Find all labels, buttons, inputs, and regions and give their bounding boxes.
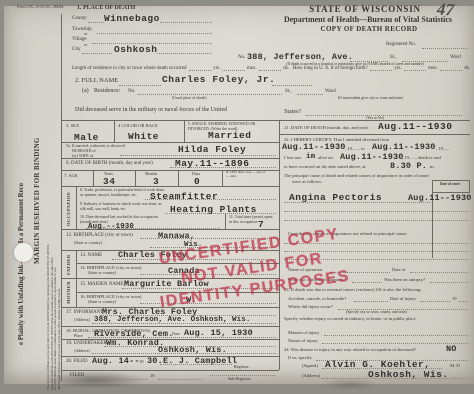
margin-permanent-text: e Plainly with Unfading Ink—This Is a Pe… — [18, 183, 26, 345]
abode-a-label: (a) — [82, 88, 89, 95]
yrs-label: yrs. — [213, 66, 220, 72]
cause-of-death-value: Angina Pectoris — [289, 192, 382, 203]
filed-label: 20. FILED — [66, 359, 88, 365]
undertaker-address-value: Oshkosh, Wis. — [158, 345, 227, 355]
divider — [114, 120, 115, 142]
industry-value: Heating Plants — [170, 204, 257, 215]
mos-label: mos. — [428, 66, 438, 72]
margin-binding-text: MARGIN RESERVED FOR BINDING — [33, 137, 41, 264]
marital-value: Married — [208, 130, 251, 141]
mother-birthplace-sub: (State or country) — [88, 300, 116, 305]
county-value: Winnebago — [104, 13, 160, 24]
sex-label: 3. SEX — [66, 123, 79, 128]
certify-mid-label: , 19......, to — [345, 146, 365, 151]
mother-maiden-label: 15. MAIDEN NAME — [80, 282, 123, 288]
address-value: 388, Jefferson, Ave. — [247, 52, 353, 62]
last-saw-mid-label: alive on — [318, 155, 333, 160]
divider — [82, 53, 112, 54]
md-label: M. D. — [450, 363, 461, 368]
occurred-label: to have occurred on the date stated abov… — [284, 164, 366, 169]
undertaker-value: Wm. Konrad. — [106, 338, 164, 348]
date-of-birth-label: 6. DATE OF BIRTH (month, day and year) — [66, 161, 153, 167]
abode-note: (Usual place of abode) — [172, 96, 206, 100]
yrs-label: yrs. — [394, 66, 401, 72]
certify-to-value: Aug.11--1930 — [372, 142, 436, 152]
manner-of-injury-label: Manner of injury — [288, 330, 319, 335]
sex-value: Male — [74, 132, 99, 143]
father-birthplace-sub: (State or country) — [88, 271, 116, 276]
divider — [222, 70, 245, 71]
trade-value: Steamfitter — [150, 191, 218, 202]
place-of-death-title: 1. PLACE OF DEATH — [77, 5, 135, 12]
divider — [135, 170, 136, 186]
divider — [86, 379, 148, 380]
total-time-value: 7 — [258, 219, 264, 230]
age-if-less-label: IF LESS than 1 day, ......hrs. or ......… — [226, 171, 274, 178]
divider — [93, 170, 94, 186]
divider — [61, 370, 279, 371]
informant-address-value: 388, Jefferson, Ave. Oshkosh, Wis. — [94, 316, 250, 324]
registered-no-label: Registered No. — [386, 42, 416, 48]
age-years-value: 34 — [103, 176, 115, 187]
filed2-label: FILED — [70, 373, 84, 379]
handwritten-page-number: 47 — [436, 0, 454, 21]
city-label: City — [72, 47, 81, 53]
occupation-side-label: OCCUPATION — [66, 192, 71, 226]
divider — [440, 70, 463, 71]
date-of-death-value: Aug.11--1930 — [378, 121, 452, 132]
divider — [157, 53, 212, 54]
divider — [459, 301, 468, 302]
address-ward-label: Ward — [450, 55, 461, 61]
divider — [61, 339, 279, 340]
filed-date-value: Aug. 14-- — [92, 356, 140, 366]
divider — [430, 282, 468, 283]
related-to-occupation-label: 24. Was disease or injury in any way rel… — [284, 347, 416, 352]
divider — [284, 220, 468, 221]
if-so-specify-label: If so, specify — [288, 355, 312, 360]
punch-hole — [14, 243, 33, 262]
injury-year-label: 19 — [452, 296, 457, 301]
injury-date-label: Date of injury — [390, 296, 416, 301]
nature-of-injury-label: Nature of injury — [288, 338, 318, 343]
divider — [76, 278, 77, 307]
or-label: or — [84, 32, 87, 37]
informant-label: 17. INFORMANT — [66, 310, 103, 316]
date-of-birth-value: May.11--1896 — [175, 158, 249, 169]
full-name-label: 2. FULL NAME — [75, 77, 118, 84]
divider — [97, 33, 212, 34]
mother-side-label: MOTHER — [66, 281, 71, 304]
time-of-death-value: 8.30 P. — [390, 161, 427, 171]
m-label: m. — [430, 164, 435, 169]
date-of-death-label: 21. DATE OF DEATH (month, day, and year) — [284, 125, 368, 130]
principal-cause-label2: were as follows: — [292, 179, 322, 184]
divider — [189, 70, 212, 71]
abode-no-label: No. — [128, 89, 135, 95]
last-saw-him-value: im — [306, 153, 315, 161]
color-race-label: 4 COLOR OR RACE — [118, 123, 158, 128]
cause-onset-date-value: Aug.11--1930 — [408, 193, 472, 203]
divider — [88, 22, 104, 23]
ds-label: ds. — [464, 66, 470, 72]
divider — [76, 250, 77, 278]
mos-label: mos. — [247, 66, 257, 72]
divider — [158, 379, 202, 380]
divider — [354, 301, 388, 302]
address-st-label: St., — [390, 55, 397, 61]
divider — [370, 70, 393, 71]
ds-label: ds. — [283, 66, 289, 72]
birthplace-sub-label: (State or country) — [74, 241, 102, 246]
divider — [119, 85, 161, 86]
military-question-states: States? — [284, 109, 301, 116]
divider — [178, 170, 179, 186]
abode-ward-label: Ward — [325, 89, 336, 95]
city-value: Oshkosh — [114, 44, 157, 55]
divider — [284, 211, 468, 212]
informant-address-label: (Address) — [74, 318, 90, 323]
where-injury-label: Where did injury occur? — [288, 304, 333, 309]
divider — [404, 70, 427, 71]
divider — [422, 48, 468, 49]
nonresident-note: (If nonresident give city or town and st… — [338, 96, 403, 100]
last-saw-label: I last saw — [284, 155, 301, 160]
physician-address-label: (Address) — [302, 373, 320, 378]
divider — [120, 155, 276, 156]
age-months-value: 3 — [153, 176, 159, 187]
sub-registrar-label: Sub-Registrar. — [228, 377, 251, 382]
autopsy-label: Was there an autopsy? — [384, 277, 425, 282]
divider — [160, 22, 212, 23]
certify-end-label: , 19...... — [436, 146, 450, 151]
divider — [184, 120, 185, 142]
color-race-value: White — [128, 131, 159, 142]
divider — [259, 70, 282, 71]
divider — [76, 186, 77, 229]
age-label: 7. AGE — [64, 173, 78, 178]
accident-label: Accident, suicide, or homicide? — [288, 296, 346, 301]
total-time-label: 11. Total time (years) spent in this occ… — [229, 215, 275, 224]
filed-year-value: 30. — [147, 356, 163, 366]
divider — [222, 170, 223, 186]
last-worked-value: Aug.--1930 — [88, 223, 134, 231]
divider — [420, 301, 450, 302]
divider — [225, 213, 226, 229]
divider — [297, 94, 323, 95]
spouse-value: Hilda Foley — [178, 144, 246, 155]
full-name-value: Charles Foley, Jr. — [162, 74, 275, 85]
foreign-birth-label: How long in U. S. if of foreign birth? — [293, 66, 368, 72]
abode-st-label: St., — [285, 89, 292, 95]
certify-from-value: Aug.11--1930 — [282, 142, 346, 152]
divider — [138, 94, 282, 95]
township-label: Township — [72, 27, 92, 33]
filed2-year-label: 19 — [150, 373, 155, 378]
state-title: STATE OF WISCONSIN — [303, 4, 427, 14]
industry-label: 9. Industry or business in which work wa… — [80, 202, 165, 211]
copy-of-death-record-title: COPY OF DEATH RECORD — [300, 25, 438, 33]
principal-cause-label: The principal cause of death and related… — [284, 173, 429, 178]
abode-residence-label: Residence: — [94, 88, 120, 95]
divider — [61, 326, 279, 327]
father-side-label: FATHER — [66, 255, 71, 275]
age-days-value: 0 — [194, 176, 200, 187]
signed-label: (Signed) — [302, 363, 318, 368]
burial-place-label: Place — [74, 334, 83, 339]
physician-address-value: Oshkosh, Wis. — [368, 369, 449, 380]
divider — [272, 85, 312, 86]
burial-date-value: Aug. 15, 1930 — [184, 328, 253, 338]
address-no-label: No. — [238, 55, 245, 61]
divider — [324, 335, 468, 336]
divider — [410, 272, 468, 273]
undertaker-label: 19. UNDERTAKER — [66, 341, 107, 347]
where-injury-note: (Specify city or town, county, and state… — [346, 310, 407, 314]
form-number: Form 105—8-25-29—900M. — [17, 5, 64, 10]
operation-date-label: Date of — [392, 267, 406, 272]
divider — [279, 134, 470, 135]
father-name-label: 13. NAME — [80, 253, 102, 259]
related-to-occupation-value: NO — [446, 344, 457, 354]
date-of-onset-label: Date of onset — [432, 182, 468, 186]
spouse-label: (or) WIFE of — [72, 154, 93, 159]
military-question: Did deceased serve in the military or na… — [75, 107, 227, 114]
undertaker-address-label: (Address) — [74, 349, 90, 354]
birthplace-label: 12. BIRTHPLACE (city or town) — [66, 233, 133, 239]
residence-length-label: Length of residence in city or town wher… — [72, 66, 187, 72]
or-label: or — [84, 43, 87, 48]
divider — [306, 115, 462, 116]
county-label: County — [72, 16, 87, 22]
last-saw-end-label: , 19......, death is said — [402, 155, 441, 160]
birthplace-city-value: Manawa, — [158, 231, 195, 241]
specify-injury-label: Specify whether injury occurred in indus… — [284, 316, 417, 321]
registrar-value: E. J. Campbell — [163, 356, 237, 366]
